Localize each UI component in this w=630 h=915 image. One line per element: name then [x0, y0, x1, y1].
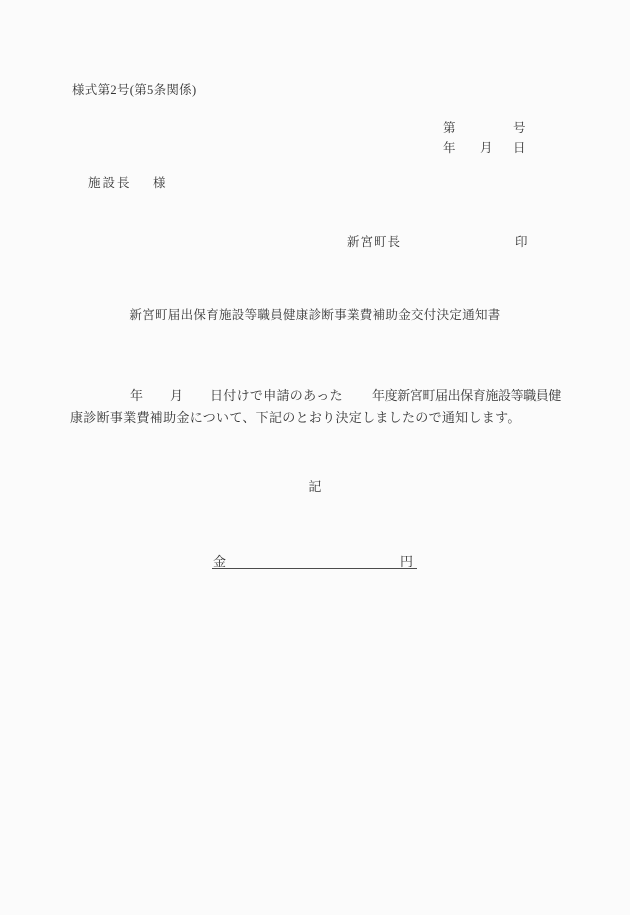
body-line1-application-text: 日付けで申請のあった [210, 389, 343, 403]
sender-name: 新宮町長 [347, 236, 401, 250]
body-line1-fiscal-year-text: 年度新宮町届出保育施設等職員健 [372, 389, 561, 403]
body-year-label: 年 [130, 389, 143, 403]
date-year-label: 年 [443, 142, 456, 156]
doc-number-suffix: 号 [513, 122, 526, 136]
document-page: 様式第2号(第5条関係) 第 号 年 月 日 施設長 様 新宮町長 印 新宮町届… [0, 0, 630, 915]
date-month-label: 月 [480, 142, 493, 156]
amount-blank-underline [212, 568, 417, 569]
body-line2-text: 康診断事業費補助金について、下記のとおり決定しましたので通知します。 [70, 411, 521, 425]
record-marker: 記 [0, 480, 630, 494]
body-month-label: 月 [170, 389, 183, 403]
addressee-honorific: 様 [153, 177, 166, 191]
doc-number-prefix: 第 [443, 122, 456, 136]
sender-seal-mark: 印 [515, 236, 528, 250]
date-day-label: 日 [513, 142, 526, 156]
document-title: 新宮町届出保育施設等職員健康診断事業費補助金交付決定通知書 [0, 309, 630, 323]
form-number: 様式第2号(第5条関係) [72, 84, 196, 98]
addressee-role: 施設長 [88, 177, 132, 191]
